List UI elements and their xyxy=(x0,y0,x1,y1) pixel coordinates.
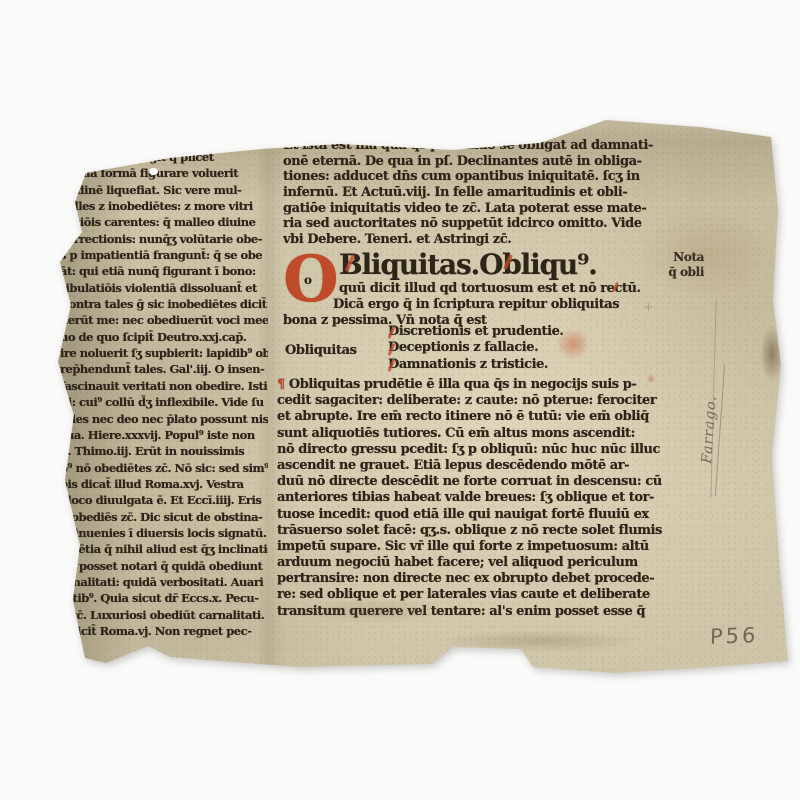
text-line: pertransire: non directe nec ex obrupto … xyxy=(277,571,697,587)
left-text-column: o: āuis em̄ frangit q̄ plicetaliquā form… xyxy=(60,149,268,645)
text-line: ire noluerit ſʒ supbierit: lapidib⁹ ob xyxy=(60,345,268,361)
text-line: tales nec deo nec p̄lato possunt nisi xyxy=(60,411,268,427)
text-line: impetū supare. Sic vr̄ ille qui forte z … xyxy=(277,539,697,555)
text-line: la inuenies ī diuersis locis signatū. xyxy=(60,525,268,541)
text-line: Et ista est illa qua q̄s peccando se obl… xyxy=(283,138,699,154)
main-paragraph: ¶Obliquitas prudētie ē illa qua q̄s in n… xyxy=(277,377,697,620)
text-line: gatiōe iniquitatis video te zc̄. Lata po… xyxy=(283,201,699,217)
text-line: rep̄hendunt̄ tales. Gal'.iij. O insen- xyxy=(60,361,268,377)
paragraph-first-line: Obliquitas prudētie ē illa qua q̄s in ne… xyxy=(289,377,637,392)
division-item: Deceptionis z fallacie. xyxy=(388,340,563,356)
text-line: b⁹ nō obediētes zc̄. Nō sic: sed sim⁹ xyxy=(60,460,268,476)
margin-note-line: Nota xyxy=(640,250,704,265)
division-item: Discretionis et prudentie. xyxy=(388,324,563,340)
text-line: itudinē liquefiat. Sic vere mul- xyxy=(60,182,268,198)
text-line: ū obediēs zc̄. Dic sicut de obstina- xyxy=(60,509,268,525)
text-line: transitum querere vel tentare: al's enim… xyxy=(277,604,697,620)
guide-letter: o xyxy=(304,274,312,286)
text-line: tiones: adducet dn̄s cum opantibus iniqu… xyxy=(283,169,699,185)
text-line: s p impatientiā frangunt̄: q̄ se obe xyxy=(60,247,268,263)
text-line: re: sed oblique et per laterales vias ca… xyxy=(277,587,697,603)
text-line: sunt aliquotiēs tutiores. Cū em̄ altus m… xyxy=(277,426,697,442)
text-line: arduum negociū habet facere; vel aliquod… xyxy=(277,555,697,571)
text-line: vbi Debere. Teneri. et Astringi zc̄. xyxy=(283,232,699,248)
text-line: i loco diuulgata ē. Et Eccī.iiij. Eris xyxy=(60,492,268,508)
text-line: aliquā formā figurare voluerit xyxy=(60,165,268,181)
catalog-number: P56 xyxy=(710,623,759,649)
edge-dirt-stain xyxy=(760,326,784,382)
pencil-cross-mark: + xyxy=(643,300,654,315)
pilcrow-mark: ¶ xyxy=(277,377,285,392)
text-line: duū nō directe descēdit ne forte corruat… xyxy=(277,474,697,490)
text-line: infernū. Et Actuū.viij. In felle amaritu… xyxy=(283,185,699,201)
text-line: arnalitati: quidā verbositati. Auari xyxy=(60,574,268,590)
text-line: ria sed auctoritates nō suppetūt idcirco… xyxy=(283,216,699,232)
text-line: belles z inobediētes: z more vitri xyxy=(60,198,268,214)
text-line: āt: qui etiā nunq̄ figurant ī bono: xyxy=(60,263,268,279)
text-line: ni: cui⁹ collū d̄ʒ inflexibile. Vide ſu xyxy=(60,394,268,410)
text-line: uo de quo ſcipit̄ Deutro.xxj.cap̄. xyxy=(60,329,268,345)
text-line: a zc̄. Luxuriosi obediūt carnalitati. xyxy=(60,607,268,623)
heading-line: quū dicit̄ illud qd̄ tortuosum est et nō… xyxy=(339,281,641,296)
text-line: ij. Thimo.iij. Erūt in nouissimis xyxy=(60,443,268,459)
paragraph-rest: cedit sagaciter: deliberate: z caute: nō… xyxy=(277,393,697,620)
text-line: ratib⁹. Quia sicut dr̄ Eccs.x. Pecu- xyxy=(60,590,268,606)
text-line: lū: posset notari q̄ quidā obediunt xyxy=(60,558,268,574)
text-line: tuose incedit: quod etiā ille qui nauiga… xyxy=(277,507,697,523)
handwritten-marginalia: Farrago. xyxy=(697,363,725,496)
division-item: Damnationis z tristicie. xyxy=(388,357,563,373)
division-items: Discretionis et prudentie.Deceptionis z … xyxy=(388,324,563,373)
text-line: s dicit̄ Roma.vj. Non regnet pec- xyxy=(60,623,268,639)
text-line: cedit sagaciter: deliberate: z caute: nō… xyxy=(277,393,697,409)
text-line: sua. Hiere.xxxvij. Popul⁹ iste non xyxy=(60,427,268,443)
text-line: bis dicat̄ illud Roma.xvj. Vestra xyxy=(60,476,268,492)
division-label: Obliquitas xyxy=(285,343,357,358)
text-line: trāsuerso solet facē: qʒ.s. oblique z nō… xyxy=(277,523,697,539)
text-line: ascendit̄ ne grauet̄. Etiā lepus descēde… xyxy=(277,458,697,474)
leaf-drop-shadow: o: āuis em̄ frangit q̄ plicetaliquā form… xyxy=(0,0,800,800)
printed-margin-note: Notaq̄ obli xyxy=(640,250,704,280)
incunable-leaf: o: āuis em̄ frangit q̄ plicetaliquā form… xyxy=(0,0,800,800)
text-line: fascinauit veritati non obedire. Isti xyxy=(60,378,268,394)
heading-title: Bliquitas.Obliqu⁹. xyxy=(339,248,597,281)
right-column-top-fragment: Et ista est illa qua q̄s peccando se obl… xyxy=(283,138,699,248)
ink-smudge xyxy=(440,630,640,652)
text-line: anteriores tibias habeat valde breues: ſ… xyxy=(277,490,697,506)
text-line: ediētia q̄ nihil aliud est q̄ʒ inclinati… xyxy=(60,541,268,557)
text-line: ¶Obliquitas prudētie ē illa qua q̄s in n… xyxy=(277,377,697,393)
text-line: et abrupte. Ire em̄ recto itinere nō ē t… xyxy=(277,409,697,425)
margin-note-line: q̄ obli xyxy=(640,265,704,280)
text-line: ribulatiōis violentiā dissoluant̄ et xyxy=(60,280,268,296)
heading-line: Dicā ergo q̄ in ſcriptura repitur obliqu… xyxy=(333,297,619,312)
text-line: correctionis: nunq̄ʒ volūtarie obe- xyxy=(60,231,268,247)
text-line: Contra tales ḡ sic inobediētes dicit̄ xyxy=(60,296,268,312)
text-line: uerūt me: nec obediuerūt voci mee. xyxy=(60,312,268,328)
text-line: nō directo gressu pcedit̄: ſʒ p obliquū:… xyxy=(277,442,697,458)
text-line: o: āuis em̄ frangit q̄ plicet xyxy=(60,149,268,165)
text-line: uotiōis carentes: q̄ malleo diuine xyxy=(60,214,268,230)
text-line: onē eternā. De qua in pſ. Declinantes au… xyxy=(283,154,699,170)
photo-background: o: āuis em̄ frangit q̄ plicetaliquā form… xyxy=(0,0,800,800)
